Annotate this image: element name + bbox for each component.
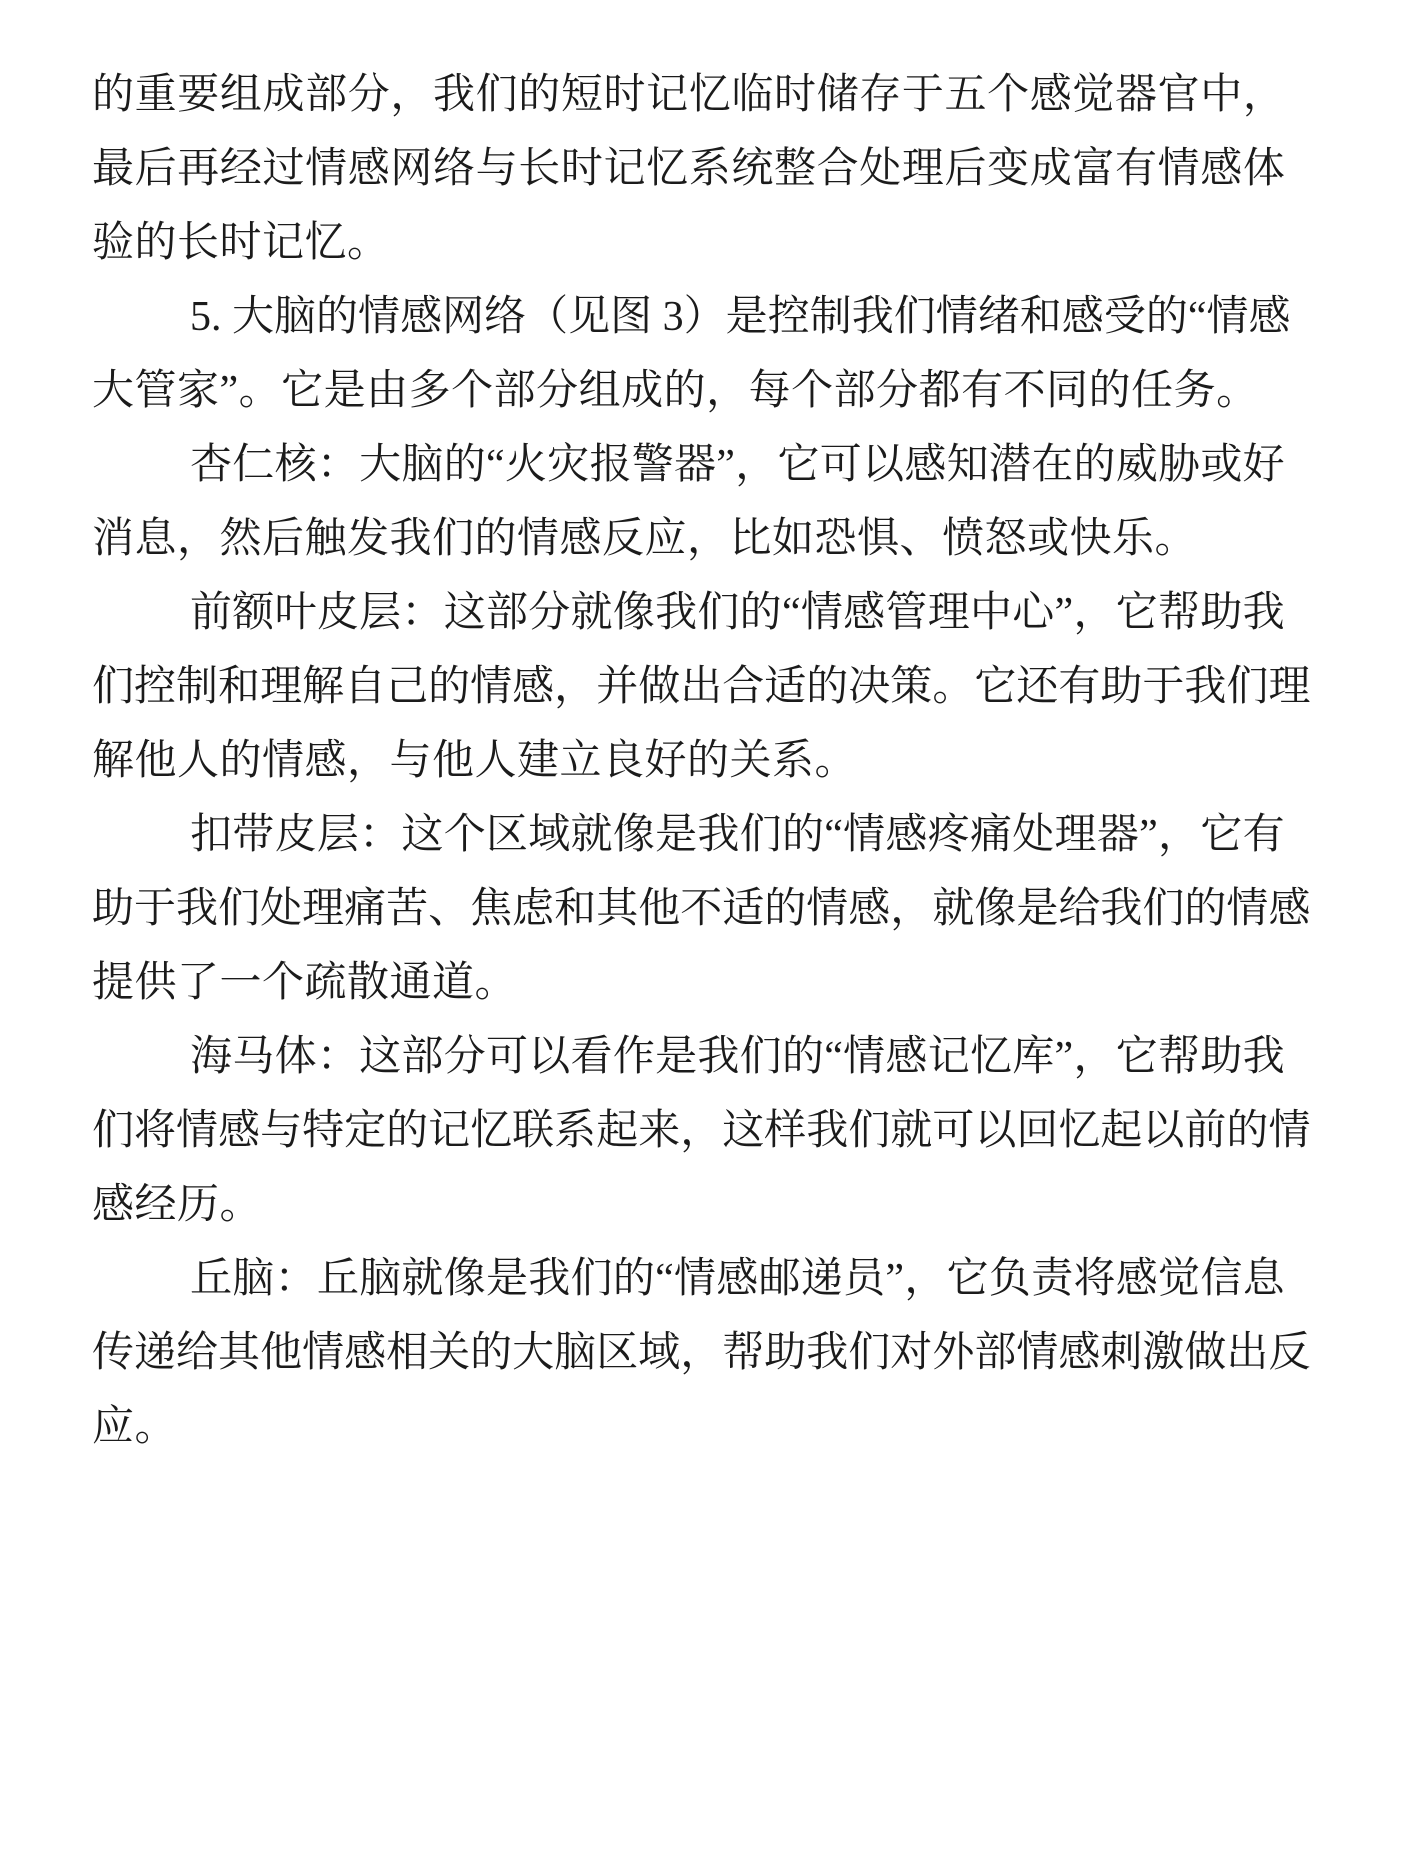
paragraph: 杏仁核：大脑的“火灾报警器”，它可以感知潜在的威胁或好消息，然后触发我们的情感反… bbox=[92, 428, 1285, 576]
text-line: 感经历。 bbox=[92, 1168, 1285, 1242]
paragraph: 海马体：这部分可以看作是我们的“情感记忆库”，它帮助我们将情感与特定的记忆联系起… bbox=[92, 1020, 1285, 1242]
paragraph: 扣带皮层：这个区域就像是我们的“情感疼痛处理器”，它有助于我们处理痛苦、焦虑和其… bbox=[92, 798, 1285, 1020]
text-line: 消息，然后触发我们的情感反应，比如恐惧、愤怒或快乐。 bbox=[92, 502, 1285, 576]
text-line: 解他人的情感，与他人建立良好的关系。 bbox=[92, 724, 1285, 798]
text-line: 扣带皮层：这个区域就像是我们的“情感疼痛处理器”，它有 bbox=[92, 798, 1285, 872]
text-line: 的重要组成部分，我们的短时记忆临时储存于五个感觉器官中， bbox=[92, 58, 1285, 132]
text-line: 丘脑：丘脑就像是我们的“情感邮递员”，它负责将感觉信息 bbox=[92, 1242, 1285, 1316]
text-line: 传递给其他情感相关的大脑区域，帮助我们对外部情感刺激做出反 bbox=[92, 1316, 1285, 1390]
text-line: 们将情感与特定的记忆联系起来，这样我们就可以回忆起以前的情 bbox=[92, 1094, 1285, 1168]
text-line: 大管家”。它是由多个部分组成的，每个部分都有不同的任务。 bbox=[92, 354, 1285, 428]
text-line: 验的长时记忆。 bbox=[92, 206, 1285, 280]
text-line: 海马体：这部分可以看作是我们的“情感记忆库”，它帮助我 bbox=[92, 1020, 1285, 1094]
text-line: 助于我们处理痛苦、焦虑和其他不适的情感，就像是给我们的情感 bbox=[92, 872, 1285, 946]
text-line: 前额叶皮层：这部分就像我们的“情感管理中心”，它帮助我 bbox=[92, 576, 1285, 650]
paragraph: 丘脑：丘脑就像是我们的“情感邮递员”，它负责将感觉信息传递给其他情感相关的大脑区… bbox=[92, 1242, 1285, 1464]
text-line: 们控制和理解自己的情感，并做出合适的决策。它还有助于我们理 bbox=[92, 650, 1285, 724]
text-block: 的重要组成部分，我们的短时记忆临时储存于五个感觉器官中，最后再经过情感网络与长时… bbox=[92, 58, 1285, 1464]
paragraph: 的重要组成部分，我们的短时记忆临时储存于五个感觉器官中，最后再经过情感网络与长时… bbox=[92, 58, 1285, 280]
text-line: 杏仁核：大脑的“火灾报警器”，它可以感知潜在的威胁或好 bbox=[92, 428, 1285, 502]
text-line: 5. 大脑的情感网络（见图 3）是控制我们情绪和感受的“情感 bbox=[92, 280, 1285, 354]
paragraph: 前额叶皮层：这部分就像我们的“情感管理中心”，它帮助我们控制和理解自己的情感，并… bbox=[92, 576, 1285, 798]
paragraph: 5. 大脑的情感网络（见图 3）是控制我们情绪和感受的“情感大管家”。它是由多个… bbox=[92, 280, 1285, 428]
text-line: 提供了一个疏散通道。 bbox=[92, 946, 1285, 1020]
text-line: 最后再经过情感网络与长时记忆系统整合处理后变成富有情感体 bbox=[92, 132, 1285, 206]
text-line: 应。 bbox=[92, 1390, 1285, 1464]
book-page: 的重要组成部分，我们的短时记忆临时储存于五个感觉器官中，最后再经过情感网络与长时… bbox=[0, 0, 1408, 1873]
